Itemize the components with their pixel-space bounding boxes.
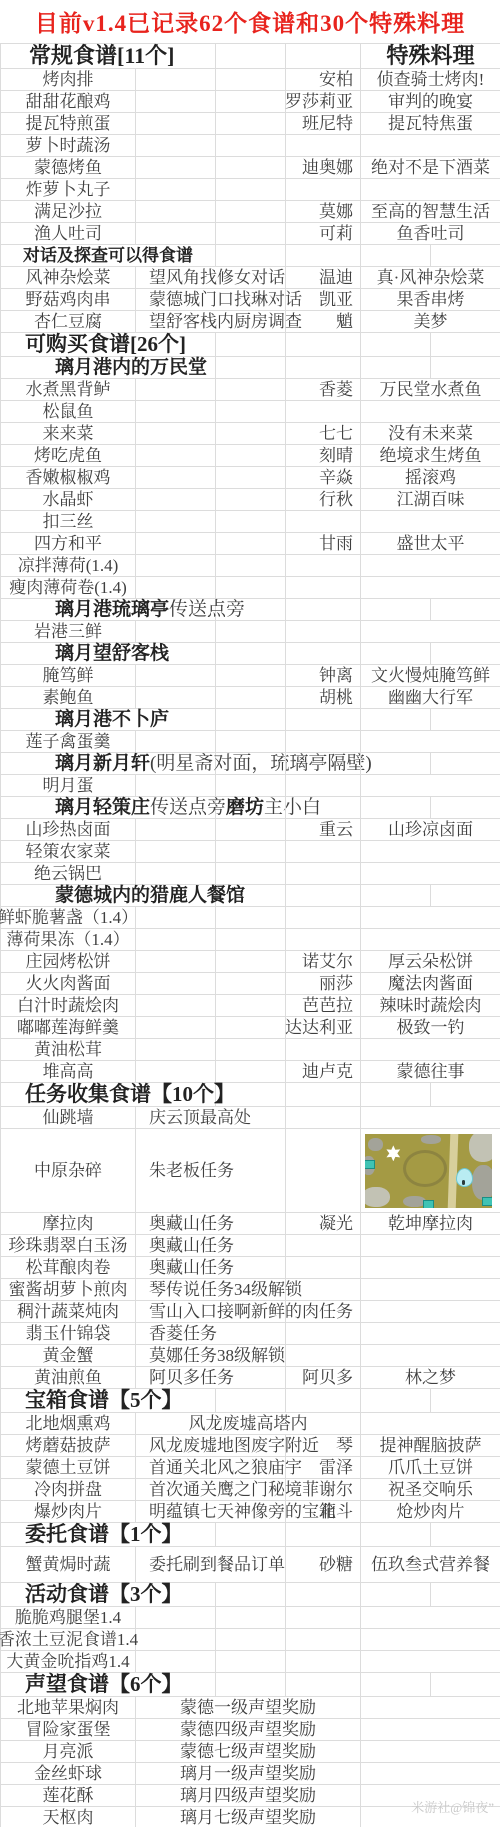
special-dish: 炝炒肉片 xyxy=(361,1501,500,1522)
character-name: 迪奥娜 xyxy=(286,157,361,178)
sub-label: 璃月港琉璃亭传送点旁 xyxy=(1,599,216,620)
map-rock-shape xyxy=(472,1165,492,1201)
recipe-name: 大黄金吮指鸡1.4 xyxy=(1,1651,136,1672)
row-item: 烤蘑菇披萨风龙废墟地图废字附近琴提神醒脑披萨 xyxy=(0,1435,500,1457)
recipe-name: 渔人吐司 xyxy=(1,223,136,244)
sec-label: 可购买食谱[26个] xyxy=(1,333,216,356)
recipe-name: 天枢肉 xyxy=(1,1807,136,1827)
recipe-name: 山珍热卤面 xyxy=(1,819,136,840)
special-dish xyxy=(361,577,500,598)
character-name: 雷泽 xyxy=(286,1457,361,1478)
character-name xyxy=(286,841,361,862)
sec-label: 任务收集食谱【10个】 xyxy=(1,1083,216,1106)
special-dish xyxy=(361,775,500,796)
row-item: 渔人吐司可莉鱼香吐司 xyxy=(0,223,500,245)
special-dish xyxy=(361,1607,500,1628)
recipe-source: 首次通关鹰之门秘境 xyxy=(136,1479,286,1500)
special-dish: 极致一钓 xyxy=(361,1017,500,1038)
sec-label: 声望食谱【6个】 xyxy=(1,1673,216,1696)
recipe-name: 水晶虾 xyxy=(1,489,136,510)
row-item: 满足沙拉莫娜至高的智慧生活 xyxy=(0,201,500,223)
row-item: 野菇鸡肉串蒙德城门口找琳对话凯亚果香串烤 xyxy=(0,289,500,311)
recipe-name: 中原杂碎 xyxy=(1,1129,136,1212)
character-name: 钟离 xyxy=(286,665,361,686)
recipe-name: 蜜酱胡萝卜煎肉 xyxy=(1,1279,136,1300)
recipe-sheet: 目前v1.4已记录62个食谱和30个特殊料理 常规食谱[11个]特殊料理烤肉排安… xyxy=(0,0,500,1827)
row-sec: 可购买食谱[26个] xyxy=(0,333,500,357)
recipe-source: 蒙德七级声望奖励 xyxy=(136,1741,361,1762)
special-dish: 提神醒脑披萨 xyxy=(361,1435,500,1456)
character-name: 琴 xyxy=(286,1435,361,1456)
special-dish: 江湖百味 xyxy=(361,489,500,510)
special-dish xyxy=(361,1651,500,1672)
row-item: 爆炒肉片明蕴镇七天神像旁的宝箱北斗炝炒肉片 xyxy=(0,1501,500,1523)
recipe-source: 雪山入口接啊新鲜的肉任务 xyxy=(136,1301,286,1322)
recipe-source: 奥藏山任务 xyxy=(136,1257,286,1278)
recipe-name: 蒙德烤鱼 xyxy=(1,157,136,178)
special-dish xyxy=(361,1107,500,1128)
chest-marker-icon xyxy=(423,1200,434,1207)
special-dish: 至高的智慧生活 xyxy=(361,201,500,222)
special-dish xyxy=(361,1763,500,1784)
special-dish: 果香串烤 xyxy=(361,289,500,310)
map-terrain-contour xyxy=(403,1150,447,1187)
special-dish xyxy=(361,929,500,950)
row-head: 常规食谱[11个]特殊料理 xyxy=(0,44,500,69)
row-item: 提瓦特煎蛋班尼特提瓦特焦蛋 xyxy=(0,113,500,135)
map-rock-shape xyxy=(421,1135,441,1144)
row-item: 四方和平甘雨盛世太平 xyxy=(0,533,500,555)
special-dish xyxy=(361,1129,500,1212)
recipe-source: 蒙德四级声望奖励 xyxy=(136,1719,361,1740)
recipe-name: 仙跳墙 xyxy=(1,1107,136,1128)
row-sub: 璃月新月轩(明星斋对面，琉璃亭隔壁) xyxy=(0,753,500,775)
character-name: 达达利亚 xyxy=(286,1017,361,1038)
character-name xyxy=(286,1345,361,1366)
character-name: 刻晴 xyxy=(286,445,361,466)
recipe-name: 火火肉酱面 xyxy=(1,973,136,994)
sec-label: 宝箱食谱【5个】 xyxy=(1,1389,216,1412)
row-item: 烤吃虎鱼刻晴绝境求生烤鱼 xyxy=(0,445,500,467)
row-item: 冷肉拼盘首次通关鹰之门秘境菲谢尔祝圣交响乐 xyxy=(0,1479,500,1501)
map-rock-shape xyxy=(365,1187,390,1208)
row-item: 明月蛋 xyxy=(0,775,500,797)
character-name: 香菱 xyxy=(286,379,361,400)
recipe-source: 风龙废墟地图废字附近 xyxy=(136,1435,286,1456)
row-item: 火火肉酱面丽莎魔法肉酱面 xyxy=(0,973,500,995)
row-item: 风神杂烩菜望风角找修女对话温迪真·风神杂烩菜 xyxy=(0,267,500,289)
row-item: 中原杂碎朱老板任务 xyxy=(0,1129,500,1213)
recipe-name: 冒险家蛋堡 xyxy=(1,1719,136,1740)
special-dish xyxy=(361,731,500,752)
row-item: 金丝虾球璃月一级声望奖励 xyxy=(0,1763,500,1785)
row-item: 黄金蟹莫娜任务38级解锁 xyxy=(0,1345,500,1367)
special-dish xyxy=(361,1257,500,1278)
row-item: 腌笃鲜钟离文火慢炖腌笃鲜 xyxy=(0,665,500,687)
row-sub: 璃月轻策庄传送点旁磨坊主小白 xyxy=(0,797,500,819)
recipe-name: 瘦肉薄荷卷(1.4) xyxy=(1,577,136,598)
special-dish: 厚云朵松饼 xyxy=(361,951,500,972)
character-name: 行秋 xyxy=(286,489,361,510)
character-name xyxy=(286,731,361,752)
special-dish xyxy=(361,907,500,928)
special-dish: 万民堂水煮鱼 xyxy=(361,379,500,400)
special-dish xyxy=(361,1345,500,1366)
character-name xyxy=(286,775,361,796)
sub-label: 蒙德城内的猎鹿人餐馆 xyxy=(1,885,216,906)
row-item: 蜜酱胡萝卜煎肉琴传说任务34级解锁 xyxy=(0,1279,500,1301)
special-dish: 侦查骑士烤肉! xyxy=(361,69,500,90)
recipe-name: 爆炒肉片 xyxy=(1,1501,136,1522)
recipe-source: 奥藏山任务 xyxy=(136,1235,286,1256)
character-name: 丽莎 xyxy=(286,973,361,994)
sub-label: 璃月港不卜庐 xyxy=(1,709,216,730)
recipe-name: 蒙德土豆饼 xyxy=(1,1457,136,1478)
recipe-name: 薄荷果冻（1.4） xyxy=(1,929,136,950)
row-item: 甜甜花酿鸡罗莎莉亚审判的晚宴 xyxy=(0,91,500,113)
column-header-left: 常规食谱[11个] xyxy=(1,44,216,68)
map-rock-shape xyxy=(469,1134,492,1162)
row-item: 扣三丝 xyxy=(0,511,500,533)
character-name xyxy=(286,1129,361,1212)
row-item: 黄油煎鱼阿贝多任务阿贝多林之梦 xyxy=(0,1367,500,1389)
recipe-source: 璃月七级声望奖励 xyxy=(136,1807,361,1827)
recipe-name: 北地烟熏鸡 xyxy=(1,1413,136,1434)
recipe-name: 冷肉拼盘 xyxy=(1,1479,136,1500)
recipe-name: 四方和平 xyxy=(1,533,136,554)
row-item: 黄油松茸 xyxy=(0,1039,500,1061)
recipe-name: 香嫩椒椒鸡 xyxy=(1,467,136,488)
recipe-name: 堆高高 xyxy=(1,1061,136,1082)
character-name xyxy=(286,863,361,884)
special-dish: 摇滚鸡 xyxy=(361,467,500,488)
row-item: 香浓土豆泥食谱1.4 xyxy=(0,1629,500,1651)
character-name: 迪卢克 xyxy=(286,1061,361,1082)
character-name: 重云 xyxy=(286,819,361,840)
special-dish xyxy=(361,1323,500,1344)
recipe-source: 阿贝多任务 xyxy=(136,1367,286,1388)
row-item: 松鼠鱼 xyxy=(0,401,500,423)
recipe-name: 松鼠鱼 xyxy=(1,401,136,422)
character-name xyxy=(286,1607,361,1628)
map-thumbnail xyxy=(365,1134,492,1208)
recipe-name: 炸萝卜丸子 xyxy=(1,179,136,200)
sub-label: 璃月港内的万民堂 xyxy=(1,357,216,378)
recipe-source: 首通关北风之狼庙宇 xyxy=(136,1457,286,1478)
row-item: 北地烟熏鸡风龙废墟高塔内 xyxy=(0,1413,500,1435)
recipe-name: 满足沙拉 xyxy=(1,201,136,222)
row-item: 大黄金吮指鸡1.4 xyxy=(0,1651,500,1673)
row-sub: 璃月望舒客栈 xyxy=(0,643,500,665)
character-name xyxy=(286,135,361,156)
row-item: 水煮黑背鲈香菱万民堂水煮鱼 xyxy=(0,379,500,401)
recipe-name: 月亮派 xyxy=(1,1741,136,1762)
recipe-name: 香浓土豆泥食谱1.4 xyxy=(1,1629,136,1650)
recipe-source: 香菱任务 xyxy=(136,1323,286,1344)
chest-marker-icon xyxy=(365,1160,375,1169)
recipe-name: 庄园烤松饼 xyxy=(1,951,136,972)
character-name: 罗莎莉亚 xyxy=(286,91,361,112)
character-name: 芭芭拉 xyxy=(286,995,361,1016)
character-name xyxy=(286,179,361,200)
character-name xyxy=(286,401,361,422)
character-name: 北斗 xyxy=(286,1501,361,1522)
character-name: 菲谢尔 xyxy=(286,1479,361,1500)
column-header-right: 特殊料理 xyxy=(361,44,500,68)
row-item: 庄园烤松饼诺艾尔厚云朵松饼 xyxy=(0,951,500,973)
row-item: 瘦肉薄荷卷(1.4) xyxy=(0,577,500,599)
character-name: 诺艾尔 xyxy=(286,951,361,972)
special-dish: 爪爪土豆饼 xyxy=(361,1457,500,1478)
special-dish: 祝圣交响乐 xyxy=(361,1479,500,1500)
character-name xyxy=(286,1235,361,1256)
character-name: 七七 xyxy=(286,423,361,444)
row-item: 岩港三鲜 xyxy=(0,621,500,643)
row-item: 山珍热卤面重云山珍凉卤面 xyxy=(0,819,500,841)
chest-marker-icon xyxy=(482,1197,492,1206)
recipe-name: 烤吃虎鱼 xyxy=(1,445,136,466)
recipe-source: 莫娜任务38级解锁 xyxy=(136,1345,286,1366)
special-dish xyxy=(361,1741,500,1762)
row-item: 烤肉排安柏侦查骑士烤肉! xyxy=(0,69,500,91)
special-dish xyxy=(361,1039,500,1060)
row-item: 鲜虾脆薯盏（1.4） xyxy=(0,907,500,929)
recipe-name: 鲜虾脆薯盏（1.4） xyxy=(1,907,136,928)
recipe-name: 松茸酿肉卷 xyxy=(1,1257,136,1278)
page-title: 目前v1.4已记录62个食谱和30个特殊料理 xyxy=(0,0,500,43)
special-dish xyxy=(361,863,500,884)
character-name: 凝光 xyxy=(286,1213,361,1234)
character-name xyxy=(286,1257,361,1278)
row-item: 嘟嘟莲海鲜羹达达利亚极致一钓 xyxy=(0,1017,500,1039)
character-name xyxy=(286,1629,361,1650)
recipe-name: 白汁时蔬烩肉 xyxy=(1,995,136,1016)
character-name xyxy=(286,555,361,576)
character-name xyxy=(286,1301,361,1322)
row-item: 月亮派蒙德七级声望奖励 xyxy=(0,1741,500,1763)
sub-label: 璃月新月轩(明星斋对面，琉璃亭隔壁) xyxy=(1,753,216,774)
recipe-name: 提瓦特煎蛋 xyxy=(1,113,136,134)
row-sub: 璃月港琉璃亭传送点旁 xyxy=(0,599,500,621)
row-item: 薄荷果冻（1.4） xyxy=(0,929,500,951)
special-dish: 鱼香吐司 xyxy=(361,223,500,244)
special-dish: 没有未来菜 xyxy=(361,423,500,444)
recipe-source: 望风角找修女对话 xyxy=(136,267,286,288)
row-item: 炸萝卜丸子 xyxy=(0,179,500,201)
watermark: 米游社@锦夜” xyxy=(411,1797,494,1816)
row-item: 来来菜七七没有未来菜 xyxy=(0,423,500,445)
recipe-source: 蒙德城门口找琳对话 xyxy=(136,289,286,310)
character-name xyxy=(286,577,361,598)
recipe-name: 扣三丝 xyxy=(1,511,136,532)
mini-label: 对话及探查可以得食谱 xyxy=(1,245,216,266)
star-waypoint-icon xyxy=(385,1145,401,1161)
special-dish xyxy=(361,1629,500,1650)
row-item: 凉拌薄荷(1.4) xyxy=(0,555,500,577)
row-sec: 委托食谱【1个】 xyxy=(0,1523,500,1547)
row-sec: 任务收集食谱【10个】 xyxy=(0,1083,500,1107)
character-name xyxy=(286,511,361,532)
special-dish: 盛世太平 xyxy=(361,533,500,554)
row-sub: 璃月港内的万民堂 xyxy=(0,357,500,379)
character-name: 班尼特 xyxy=(286,113,361,134)
recipe-name: 烤蘑菇披萨 xyxy=(1,1435,136,1456)
character-name xyxy=(286,1651,361,1672)
recipe-source: 奥藏山任务 xyxy=(136,1213,286,1234)
special-dish: 文火慢炖腌笃鲜 xyxy=(361,665,500,686)
row-item: 素鲍鱼胡桃幽幽大行军 xyxy=(0,687,500,709)
row-item: 水晶虾行秋江湖百味 xyxy=(0,489,500,511)
recipe-source: 明蕴镇七天神像旁的宝箱 xyxy=(136,1501,286,1522)
row-sec: 声望食谱【6个】 xyxy=(0,1673,500,1697)
row-item: 珍珠翡翠白玉汤奥藏山任务 xyxy=(0,1235,500,1257)
recipe-name: 黄金蟹 xyxy=(1,1345,136,1366)
recipe-name: 杏仁豆腐 xyxy=(1,311,136,332)
recipe-name: 岩港三鲜 xyxy=(1,621,136,642)
character-name: 阿贝多 xyxy=(286,1367,361,1388)
special-dish xyxy=(361,1413,500,1434)
character-name: 砂糖 xyxy=(286,1547,361,1582)
row-sub: 璃月港不卜庐 xyxy=(0,709,500,731)
recipe-name: 金丝虾球 xyxy=(1,1763,136,1784)
recipe-name: 腌笃鲜 xyxy=(1,665,136,686)
row-item: 松茸酿肉卷奥藏山任务 xyxy=(0,1257,500,1279)
recipe-name: 甜甜花酿鸡 xyxy=(1,91,136,112)
recipe-name: 明月蛋 xyxy=(1,775,136,796)
recipe-name: 黄油煎鱼 xyxy=(1,1367,136,1388)
recipe-name: 蟹黄焗时蔬 xyxy=(1,1547,136,1582)
row-item: 香嫩椒椒鸡辛焱摇滚鸡 xyxy=(0,467,500,489)
row-item: 稠汁蔬菜炖肉雪山入口接啊新鲜的肉任务 xyxy=(0,1301,500,1323)
special-dish: 蒙德往事 xyxy=(361,1061,500,1082)
row-sub: 蒙德城内的猎鹿人餐馆 xyxy=(0,885,500,907)
special-dish: 绝对不是下酒菜 xyxy=(361,157,500,178)
special-dish: 真·风神杂烩菜 xyxy=(361,267,500,288)
special-dish xyxy=(361,135,500,156)
special-dish: 绝境求生烤鱼 xyxy=(361,445,500,466)
row-item: 脆脆鸡腿堡1.4 xyxy=(0,1607,500,1629)
special-dish xyxy=(361,1719,500,1740)
special-dish xyxy=(361,1697,500,1718)
recipe-name: 来来菜 xyxy=(1,423,136,444)
recipe-source: 璃月四级声望奖励 xyxy=(136,1785,361,1806)
map-rock-shape xyxy=(368,1138,383,1151)
recipe-source: 风龙废墟高塔内 xyxy=(136,1413,361,1434)
row-item: 堆高高迪卢克蒙德往事 xyxy=(0,1061,500,1083)
recipe-name: 凉拌薄荷(1.4) xyxy=(1,555,136,576)
recipe-name: 翡玉什锦袋 xyxy=(1,1323,136,1344)
character-name: 莫娜 xyxy=(286,201,361,222)
special-dish xyxy=(361,401,500,422)
special-dish xyxy=(361,179,500,200)
sec-label: 活动食谱【3个】 xyxy=(1,1583,216,1606)
row-item: 轻策农家菜 xyxy=(0,841,500,863)
special-dish xyxy=(361,555,500,576)
row-item: 蒙德烤鱼迪奥娜绝对不是下酒菜 xyxy=(0,157,500,179)
recipe-name: 素鲍鱼 xyxy=(1,687,136,708)
character-name: 温迪 xyxy=(286,267,361,288)
special-dish: 乾坤摩拉肉 xyxy=(361,1213,500,1234)
row-item: 翡玉什锦袋香菱任务 xyxy=(0,1323,500,1345)
row-item: 绝云锅巴 xyxy=(0,863,500,885)
row-sec: 宝箱食谱【5个】 xyxy=(0,1389,500,1413)
special-dish: 幽幽大行军 xyxy=(361,687,500,708)
recipe-source: 朱老板任务 xyxy=(136,1129,286,1212)
recipe-name: 烤肉排 xyxy=(1,69,136,90)
row-item: 北地苹果焖肉蒙德一级声望奖励 xyxy=(0,1697,500,1719)
row-item: 摩拉肉奥藏山任务凝光乾坤摩拉肉 xyxy=(0,1213,500,1235)
special-dish xyxy=(361,1235,500,1256)
special-dish: 美梦 xyxy=(361,311,500,332)
sub-label: 璃月望舒客栈 xyxy=(1,643,216,664)
recipe-name: 水煮黑背鲈 xyxy=(1,379,136,400)
character-name xyxy=(286,907,361,928)
special-dish: 辣味时蔬烩肉 xyxy=(361,995,500,1016)
recipe-source: 琴传说任务34级解锁 xyxy=(136,1279,286,1300)
character-name xyxy=(286,1279,361,1300)
character-name xyxy=(286,1039,361,1060)
recipe-source: 庆云顶最高处 xyxy=(136,1107,286,1128)
character-name: 安柏 xyxy=(286,69,361,90)
special-dish xyxy=(361,511,500,532)
row-item: 萝卜时蔬汤 xyxy=(0,135,500,157)
recipe-name: 北地苹果焖肉 xyxy=(1,1697,136,1718)
recipe-name: 摩拉肉 xyxy=(1,1213,136,1234)
special-dish: 提瓦特焦蛋 xyxy=(361,113,500,134)
special-dish: 魔法肉酱面 xyxy=(361,973,500,994)
special-dish: 林之梦 xyxy=(361,1367,500,1388)
recipe-table: 常规食谱[11个]特殊料理烤肉排安柏侦查骑士烤肉!甜甜花酿鸡罗莎莉亚审判的晚宴提… xyxy=(0,43,500,1827)
recipe-name: 珍珠翡翠白玉汤 xyxy=(1,1235,136,1256)
recipe-name: 野菇鸡肉串 xyxy=(1,289,136,310)
recipe-name: 风神杂烩菜 xyxy=(1,267,136,288)
special-dish xyxy=(361,1279,500,1300)
character-name: 可莉 xyxy=(286,223,361,244)
map-road-path xyxy=(447,1134,457,1208)
row-item: 冒险家蛋堡蒙德四级声望奖励 xyxy=(0,1719,500,1741)
recipe-source: 望舒客栈内厨房调查 xyxy=(136,311,286,332)
character-name: 凯亚 xyxy=(286,289,361,310)
recipe-source: 璃月一级声望奖励 xyxy=(136,1763,361,1784)
special-dish: 山珍凉卤面 xyxy=(361,819,500,840)
recipe-name: 稠汁蔬菜炖肉 xyxy=(1,1301,136,1322)
recipe-source: 蒙德一级声望奖励 xyxy=(136,1697,361,1718)
recipe-name: 黄油松茸 xyxy=(1,1039,136,1060)
special-dish: 伍玖叁式营养餐 xyxy=(361,1547,500,1582)
character-name xyxy=(286,1107,361,1128)
row-item: 白汁时蔬烩肉芭芭拉辣味时蔬烩肉 xyxy=(0,995,500,1017)
character-name xyxy=(286,621,361,642)
row-item: 杏仁豆腐望舒客栈内厨房调查魈美梦 xyxy=(0,311,500,333)
sub-label: 璃月轻策庄传送点旁磨坊主小白 xyxy=(1,797,216,818)
recipe-name: 脆脆鸡腿堡1.4 xyxy=(1,1607,136,1628)
recipe-name: 莲花酥 xyxy=(1,1785,136,1806)
teardrop-marker-icon xyxy=(456,1168,473,1187)
character-name xyxy=(286,1323,361,1344)
character-name: 甘雨 xyxy=(286,533,361,554)
row-item: 蒙德土豆饼首通关北风之狼庙宇雷泽爪爪土豆饼 xyxy=(0,1457,500,1479)
recipe-name: 萝卜时蔬汤 xyxy=(1,135,136,156)
row-item: 仙跳墙庆云顶最高处 xyxy=(0,1107,500,1129)
character-name xyxy=(286,929,361,950)
recipe-source: 委托刷到餐品订单 xyxy=(136,1547,286,1582)
character-name: 辛焱 xyxy=(286,467,361,488)
recipe-name: 嘟嘟莲海鲜羹 xyxy=(1,1017,136,1038)
special-dish xyxy=(361,841,500,862)
row-item: 莲子禽蛋羹 xyxy=(0,731,500,753)
character-name: 魈 xyxy=(286,311,361,332)
recipe-name: 莲子禽蛋羹 xyxy=(1,731,136,752)
